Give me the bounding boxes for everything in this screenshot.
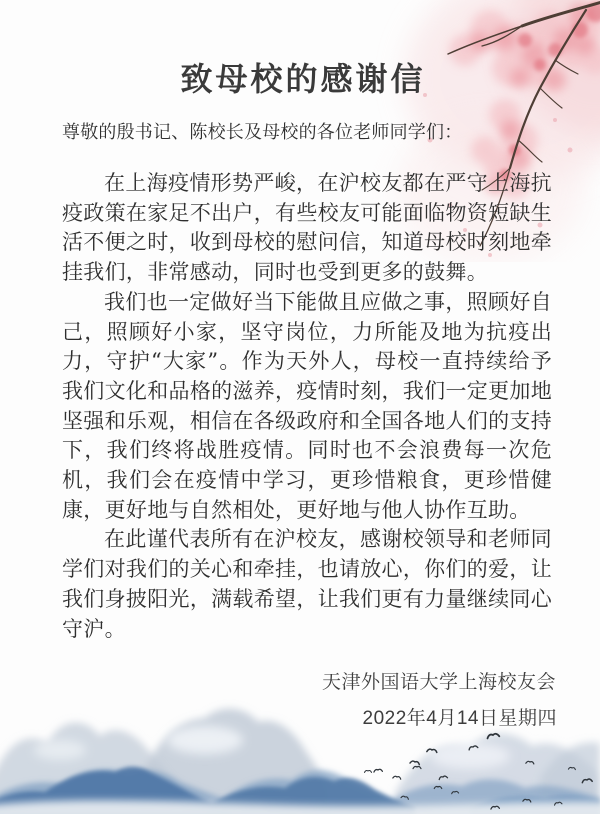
letter-salutation: 尊敬的殷书记、陈校长及母校的各位老师同学们： xyxy=(62,118,462,144)
letter-paragraph-2: 我们也一定做好当下能做且应做之事，照顾好自己，照顾好小家，坚守岗位，力所能及地为… xyxy=(62,288,552,526)
letter-date: 2022年4月14日星期四 xyxy=(363,703,557,730)
letter-paragraph-3: 在此谨代表所有在沪校友，感谢校领导和老师同学们对我们的关心和牵挂，也请放心，你们… xyxy=(62,525,552,644)
birds-icon xyxy=(365,733,593,809)
letter-signature: 天津外国语大学上海校友会 xyxy=(322,667,556,694)
letter-page: 致母校的感谢信 尊敬的殷书记、陈校长及母校的各位老师同学们： 在上海疫情形势严峻… xyxy=(0,0,600,814)
letter-body: 在上海疫情形势严峻，在沪校友都在严守上海抗疫政策在家足不出户，有些校友可能面临物… xyxy=(62,169,552,644)
letter-paragraph-1: 在上海疫情形势严峻，在沪校友都在严守上海抗疫政策在家足不出户，有些校友可能面临物… xyxy=(62,169,552,288)
letter-title: 致母校的感谢信 xyxy=(6,54,600,100)
